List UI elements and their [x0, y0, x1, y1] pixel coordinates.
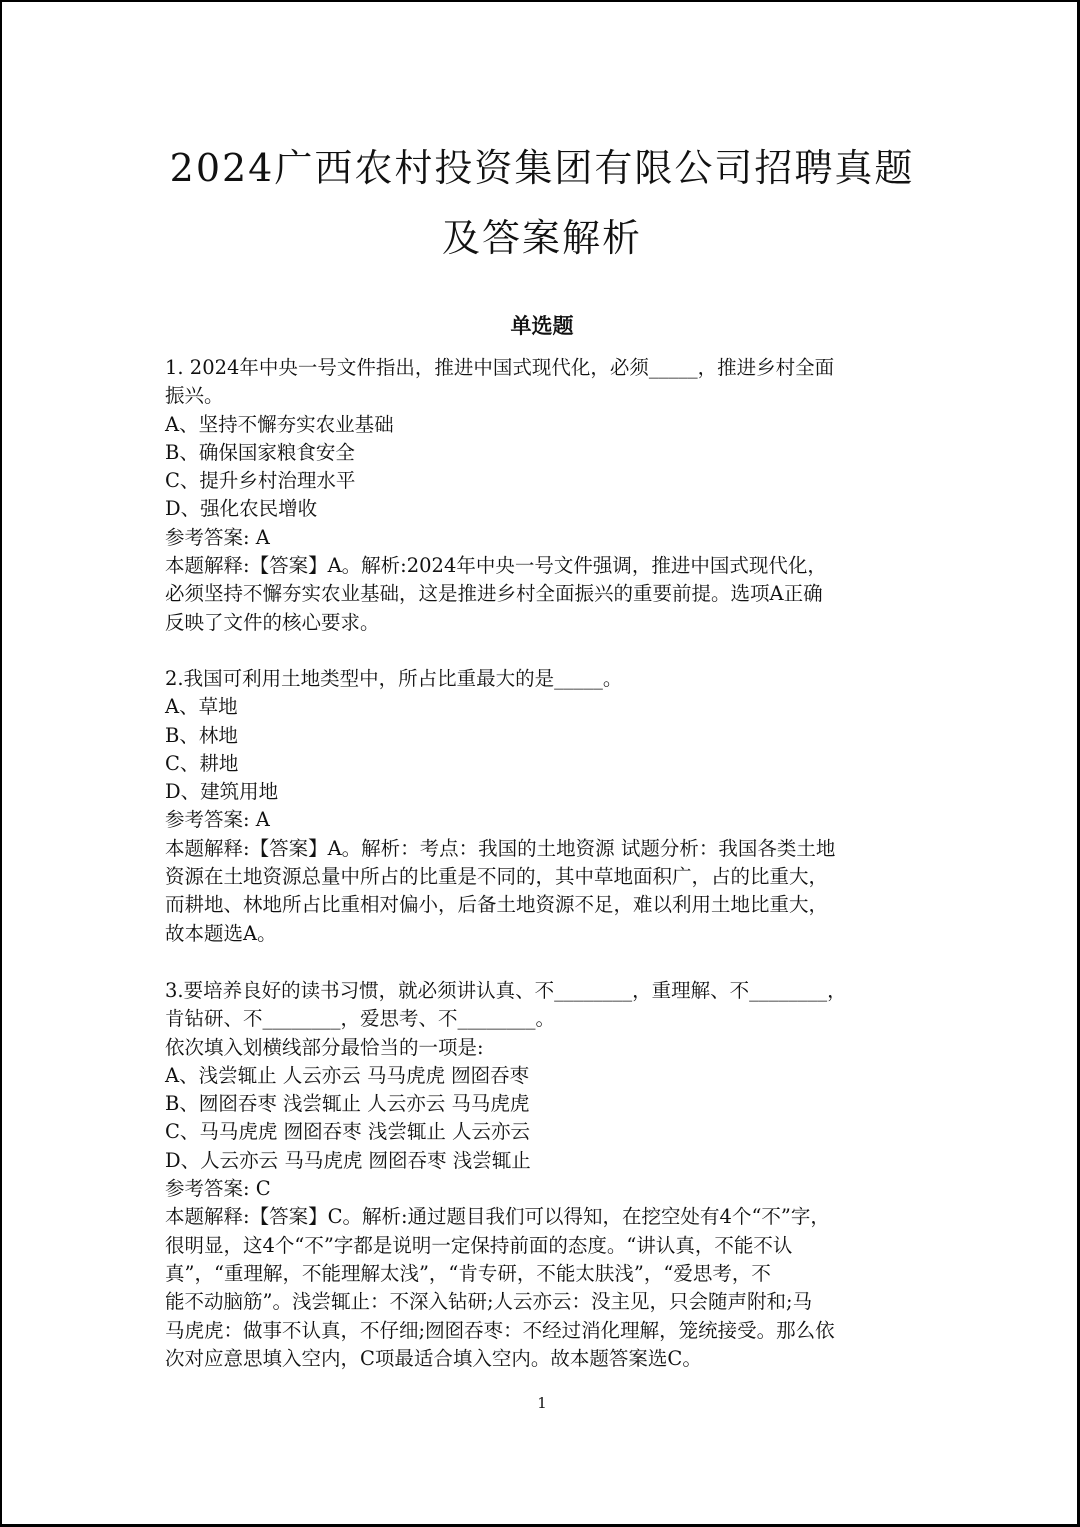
document-title-line1: 2024广西农村投资集团有限公司招聘真题	[2, 148, 1080, 188]
explanation: 反映了文件的核心要求。	[165, 609, 923, 637]
explanation: 本题解释:【答案】A。解析：考点：我国的土地资源 试题分析：我国各类土地	[165, 835, 923, 863]
reference-answer: 参考答案: A	[165, 524, 923, 552]
option-b: B、林地	[165, 722, 923, 750]
section-heading: 单选题	[2, 312, 1080, 340]
explanation: 次对应意思填入空内，C项最适合填入空内。故本题答案选C。	[165, 1345, 923, 1373]
option-d: D、人云亦云 马马虎虎 囫囵吞枣 浅尝辄止	[165, 1147, 923, 1175]
explanation: 必须坚持不懈夯实农业基础，这是推进乡村全面振兴的重要前提。选项A正确	[165, 580, 923, 608]
explanation: 真”，“重理解，不能理解太浅”，“肯专研，不能太肤浅”，“爱思考，不	[165, 1260, 923, 1288]
explanation: 故本题选A。	[165, 920, 923, 948]
explanation: 能不动脑筋”。浅尝辄止：不深入钻研;人云亦云：没主见，只会随声附和;马	[165, 1288, 923, 1316]
option-a: A、草地	[165, 693, 923, 721]
question-stem: 肯钻研、不________，爱思考、不________。	[165, 1005, 923, 1033]
reference-answer: 参考答案: A	[165, 806, 923, 834]
option-b: B、囫囵吞枣 浅尝辄止 人云亦云 马马虎虎	[165, 1090, 923, 1118]
explanation: 而耕地、林地所占比重相对偏小，后备土地资源不足，难以利用土地比重大，	[165, 891, 923, 919]
reference-answer: 参考答案: C	[165, 1175, 923, 1203]
explanation: 资源在土地资源总量中所占的比重是不同的，其中草地面积广，占的比重大，	[165, 863, 923, 891]
explanation: 马虎虎：做事不认真，不仔细;囫囵吞枣：不经过消化理解，笼统接受。那么依	[165, 1317, 923, 1345]
option-d: D、强化农民增收	[165, 495, 923, 523]
option-c: C、耕地	[165, 750, 923, 778]
page-number: 1	[2, 1394, 1080, 1412]
question-2: 2.我国可利用土地类型中，所占比重最大的是_____。 A、草地 B、林地 C、…	[165, 665, 923, 948]
explanation: 本题解释:【答案】A。解析:2024年中央一号文件强调，推进中国式现代化，	[165, 552, 923, 580]
option-a: A、坚持不懈夯实农业基础	[165, 411, 923, 439]
document-title-line2: 及答案解析	[2, 218, 1080, 258]
question-stem: 3.要培养良好的读书习惯，就必须讲认真、不________，重理解、不_____…	[165, 977, 923, 1005]
option-a: A、浅尝辄止 人云亦云 马马虎虎 囫囵吞枣	[165, 1062, 923, 1090]
option-c: C、马马虎虎 囫囵吞枣 浅尝辄止 人云亦云	[165, 1118, 923, 1146]
question-stem: 1. 2024年中央一号文件指出，推进中国式现代化，必须_____，推进乡村全面	[165, 354, 923, 382]
question-stem: 振兴。	[165, 382, 923, 410]
explanation: 本题解释:【答案】C。解析:通过题目我们可以得知，在挖空处有4个“不”字，	[165, 1203, 923, 1231]
option-b: B、确保国家粮食安全	[165, 439, 923, 467]
question-instruction: 依次填入划横线部分最恰当的一项是:	[165, 1034, 923, 1062]
option-c: C、提升乡村治理水平	[165, 467, 923, 495]
question-1: 1. 2024年中央一号文件指出，推进中国式现代化，必须_____，推进乡村全面…	[165, 354, 923, 637]
question-stem: 2.我国可利用土地类型中，所占比重最大的是_____。	[165, 665, 923, 693]
document-page: 2024广西农村投资集团有限公司招聘真题 及答案解析 单选题 1. 2024年中…	[0, 0, 1080, 1527]
question-3: 3.要培养良好的读书习惯，就必须讲认真、不________，重理解、不_____…	[165, 977, 923, 1373]
option-d: D、建筑用地	[165, 778, 923, 806]
explanation: 很明显，这4个“不”字都是说明一定保持前面的态度。“讲认真，不能不认	[165, 1232, 923, 1260]
